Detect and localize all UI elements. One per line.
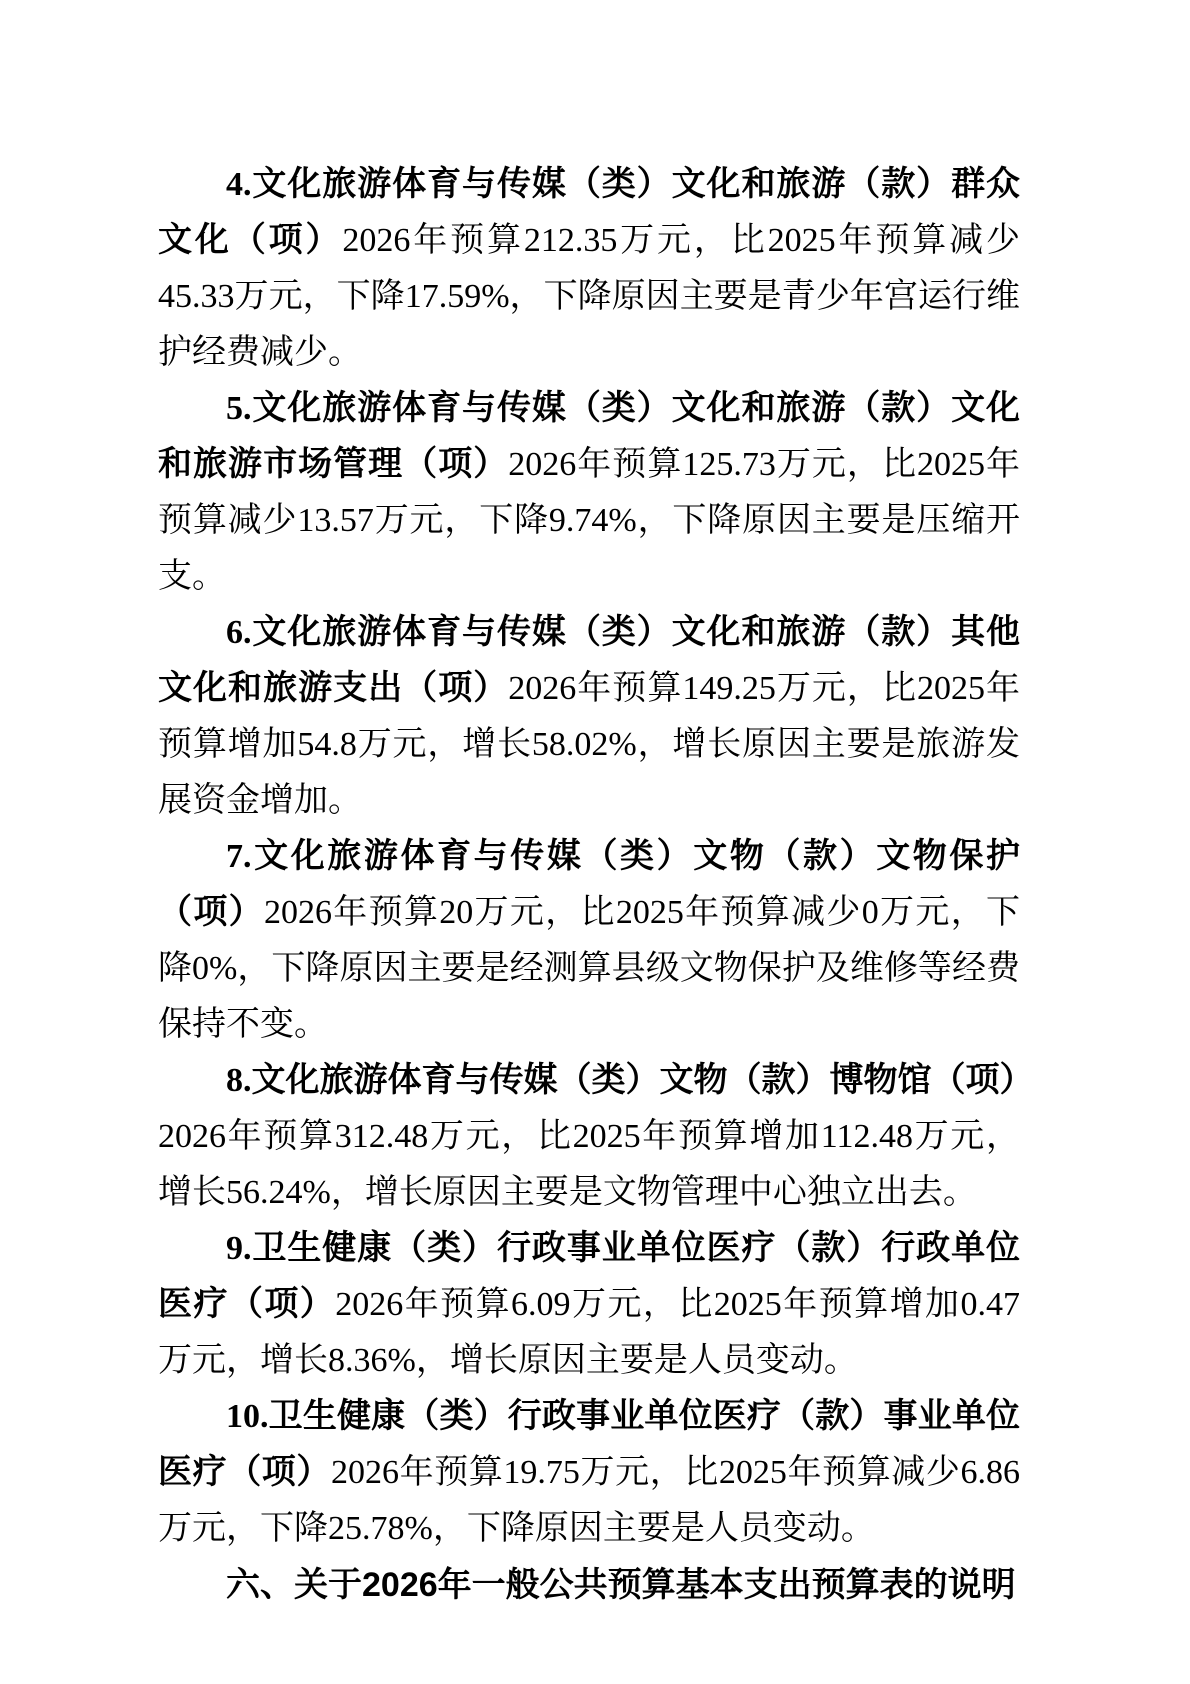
item-7-body: 2026年预算20万元，比2025年预算减少0万元，下降0%，下降原因主要是经测… xyxy=(158,894,1020,1043)
document-page: 4.文化旅游体育与传媒（类）文化和旅游（款）群众文化（项）2026年预算212.… xyxy=(0,0,1190,1684)
section-heading: 六、关于2026年一般公共预算基本支出预算表的说明 xyxy=(158,1557,1020,1613)
document-content: 4.文化旅游体育与传媒（类）文化和旅游（款）群众文化（项）2026年预算212.… xyxy=(158,157,1020,1613)
item-8-body: 2026年预算312.48万元，比2025年预算增加112.48万元，增长56.… xyxy=(158,1118,1020,1211)
budget-item-paragraph-7: 7.文化旅游体育与传媒（类）文物（款）文物保护（项）2026年预算20万元，比2… xyxy=(158,829,1020,1053)
budget-item-paragraph-9: 9.卫生健康（类）行政事业单位医疗（款）行政单位医疗（项）2026年预算6.09… xyxy=(158,1221,1020,1389)
budget-item-paragraph-4: 4.文化旅游体育与传媒（类）文化和旅游（款）群众文化（项）2026年预算212.… xyxy=(158,157,1020,381)
budget-item-paragraph-10: 10.卫生健康（类）行政事业单位医疗（款）事业单位医疗（项）2026年预算19.… xyxy=(158,1389,1020,1557)
item-8-heading: 8.文化旅游体育与传媒（类）文物（款）博物馆（项） xyxy=(226,1062,1034,1099)
budget-item-paragraph-8: 8.文化旅游体育与传媒（类）文物（款）博物馆（项）2026年预算312.48万元… xyxy=(158,1053,1020,1221)
budget-item-paragraph-6: 6.文化旅游体育与传媒（类）文化和旅游（款）其他文化和旅游支出（项）2026年预… xyxy=(158,605,1020,829)
budget-item-paragraph-5: 5.文化旅游体育与传媒（类）文化和旅游（款）文化和旅游市场管理（项）2026年预… xyxy=(158,381,1020,605)
